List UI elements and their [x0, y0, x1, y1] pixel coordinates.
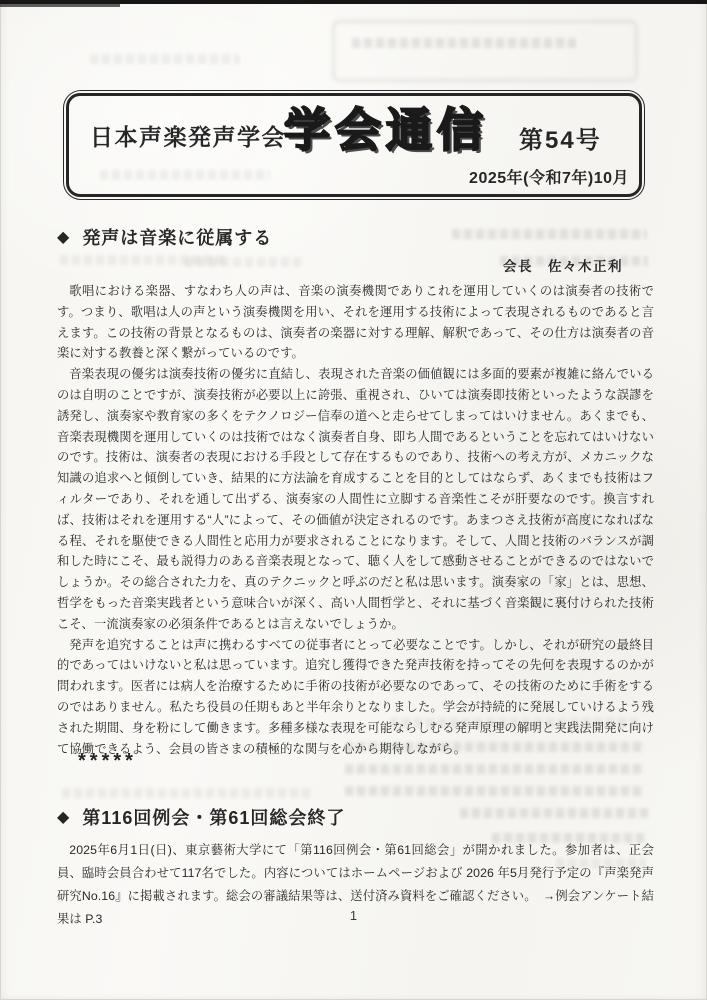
article1-heading: ◆ 発声は音楽に従属する [57, 224, 272, 250]
paragraph: 歌唱における楽器、すなわち人の声は、音楽の演奏機関でありこれを運用していくのは演… [57, 281, 654, 364]
issue-date: 2025年(令和7年)10月 [469, 165, 629, 188]
diamond-bullet-icon: ◆ [57, 807, 70, 827]
masthead-box: 日本声楽発声学会 学会通信 第54号 2025年(令和7年)10月 [63, 90, 645, 200]
article2-heading: ◆ 第116回例会・第61回総会終了 [57, 804, 345, 830]
bleedthrough-artifact [452, 229, 647, 239]
article2-heading-text: 第116回例会・第61回総会終了 [82, 804, 345, 830]
bleedthrough-artifact [352, 38, 576, 48]
issue-number: 第54号 [519, 120, 602, 155]
diamond-bullet-icon: ◆ [57, 227, 70, 247]
paragraph: 発声を追究することは声に携わるすべての従事者にとって必要なことです。しかし、それ… [57, 635, 654, 760]
bleedthrough-artifact [62, 788, 312, 798]
organization-name: 日本声楽発声学会 [90, 119, 286, 152]
bleedthrough-artifact [345, 786, 643, 796]
article1-body: 歌唱における楽器、すなわち人の声は、音楽の演奏機関でありこれを運用していくのは演… [57, 281, 654, 759]
scan-edge-artifact [0, 0, 707, 4]
scanned-newsletter-page: 日本声楽発声学会 学会通信 第54号 2025年(令和7年)10月 ◆ 発声は音… [0, 0, 707, 1000]
bleedthrough-artifact [460, 808, 648, 818]
bleedthrough-artifact [332, 20, 638, 82]
article1-heading-text: 発声は音楽に従属する [82, 224, 272, 250]
newsletter-title: 学会通信 [284, 94, 488, 160]
page-number: 1 [0, 908, 707, 923]
article1-byline: 会長 佐々木正利 [57, 255, 623, 275]
section-separator-stars: ***** [78, 750, 137, 773]
paragraph: 音楽表現の優劣は演奏技術の優劣に直結し、表現された音楽の価値観には多面的要素が複… [57, 364, 654, 634]
bleedthrough-artifact [90, 54, 240, 64]
bleedthrough-artifact [345, 764, 645, 774]
